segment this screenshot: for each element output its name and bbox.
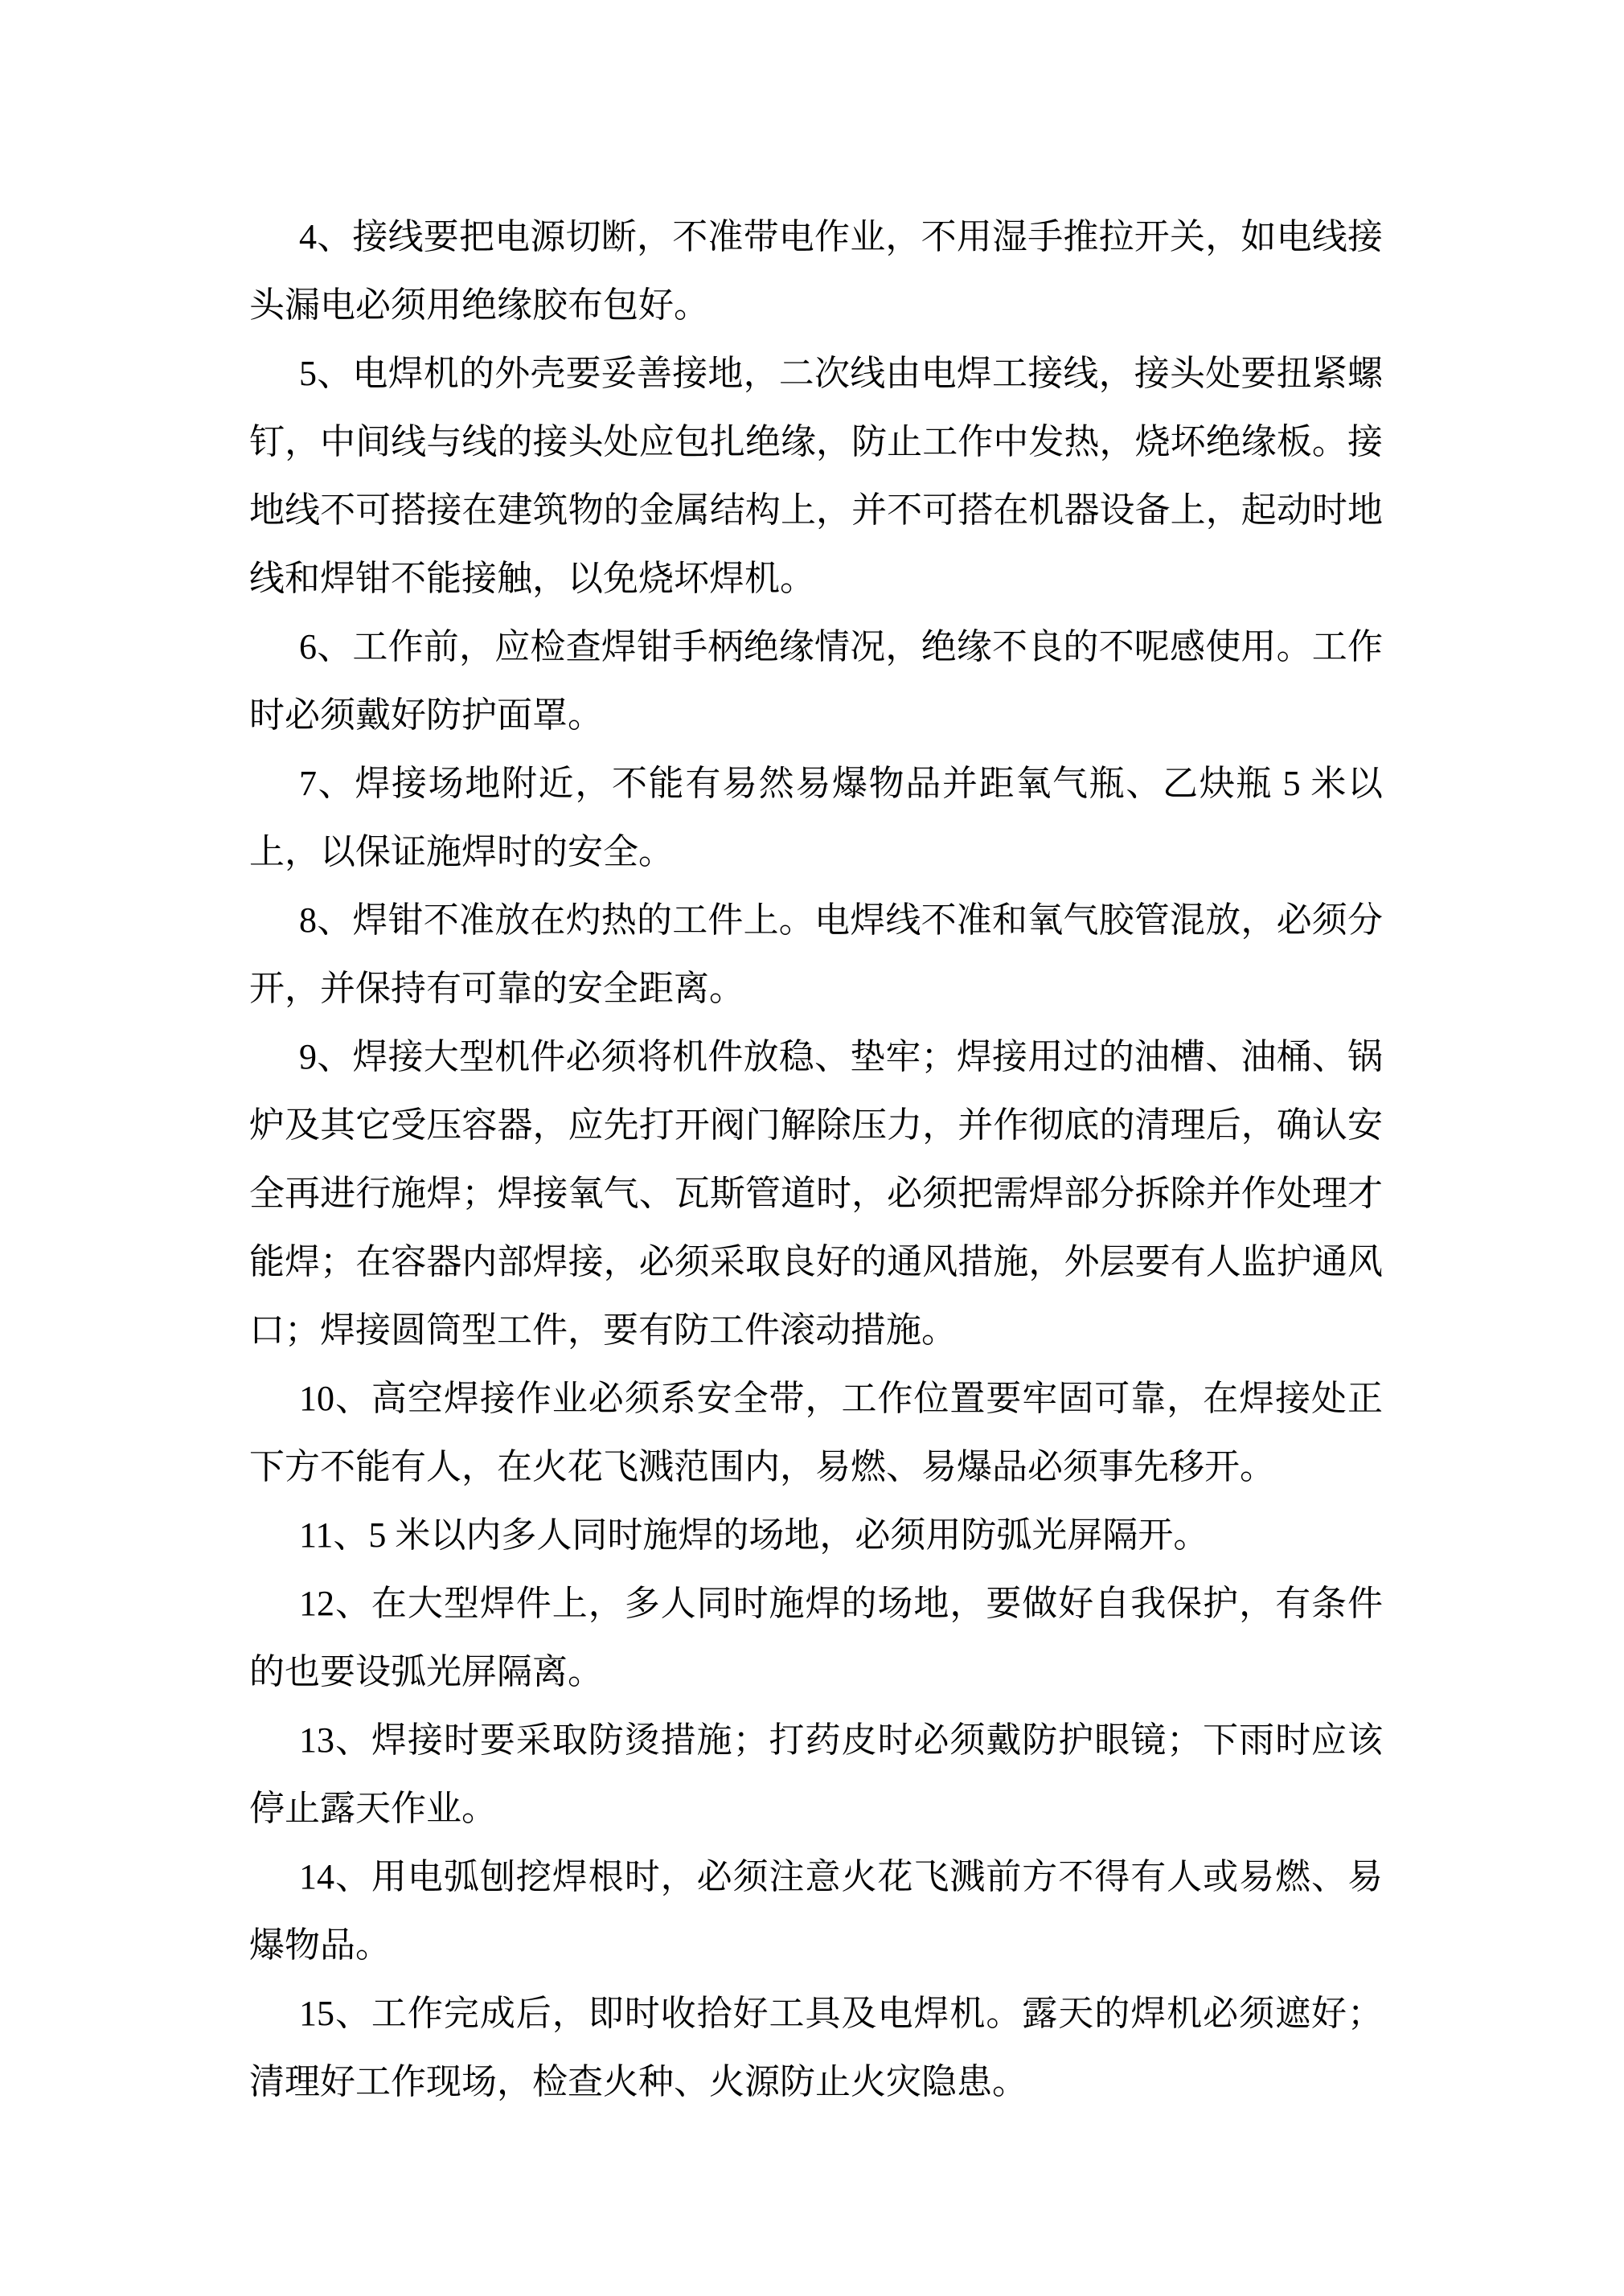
paragraph: 12、在大型焊件上，多人同时施焊的场地，要做好自我保护，有条件的也要设弧光屏隔离… [249,1569,1383,1706]
paragraph: 4、接线要把电源切断，不准带电作业，不用湿手推拉开关，如电线接头漏电必须用绝缘胶… [249,203,1383,339]
paragraph: 5、电焊机的外壳要妥善接地，二次线由电焊工接线，接头处要扭紧螺钉，中间线与线的接… [249,339,1383,613]
paragraph: 7、焊接场地附近，不能有易然易爆物品并距氧气瓶、乙炔瓶 5 米以上，以保证施焊时… [249,749,1383,886]
paragraph: 11、5 米以内多人同时施焊的场地，必须用防弧光屏隔开。 [249,1501,1383,1569]
paragraph: 14、用电弧刨挖焊根时，必须注意火花飞溅前方不得有人或易燃、易爆物品。 [249,1843,1383,1979]
paragraph: 15、工作完成后，即时收拾好工具及电焊机。露天的焊机必须遮好；清理好工作现场，检… [249,1979,1383,2116]
paragraph: 6、工作前，应检查焊钳手柄绝缘情况，绝缘不良的不呢感使用。工作时必须戴好防护面罩… [249,613,1383,749]
paragraph: 10、高空焊接作业必须系安全带，工作位置要牢固可靠，在焊接处正下方不能有人，在火… [249,1364,1383,1501]
paragraph: 8、焊钳不准放在灼热的工件上。电焊线不准和氧气胶管混放，必须分开，并保持有可靠的… [249,886,1383,1023]
document-body: 4、接线要把电源切断，不准带电作业，不用湿手推拉开关，如电线接头漏电必须用绝缘胶… [249,203,1383,2116]
paragraph: 9、焊接大型机件必须将机件放稳、垫牢；焊接用过的油槽、油桶、锅炉及其它受压容器，… [249,1023,1383,1364]
document-page: 4、接线要把电源切断，不准带电作业，不用湿手推拉开关，如电线接头漏电必须用绝缘胶… [0,0,1624,2296]
paragraph: 13、焊接时要采取防烫措施；打药皮时必须戴防护眼镜；下雨时应该停止露天作业。 [249,1706,1383,1843]
